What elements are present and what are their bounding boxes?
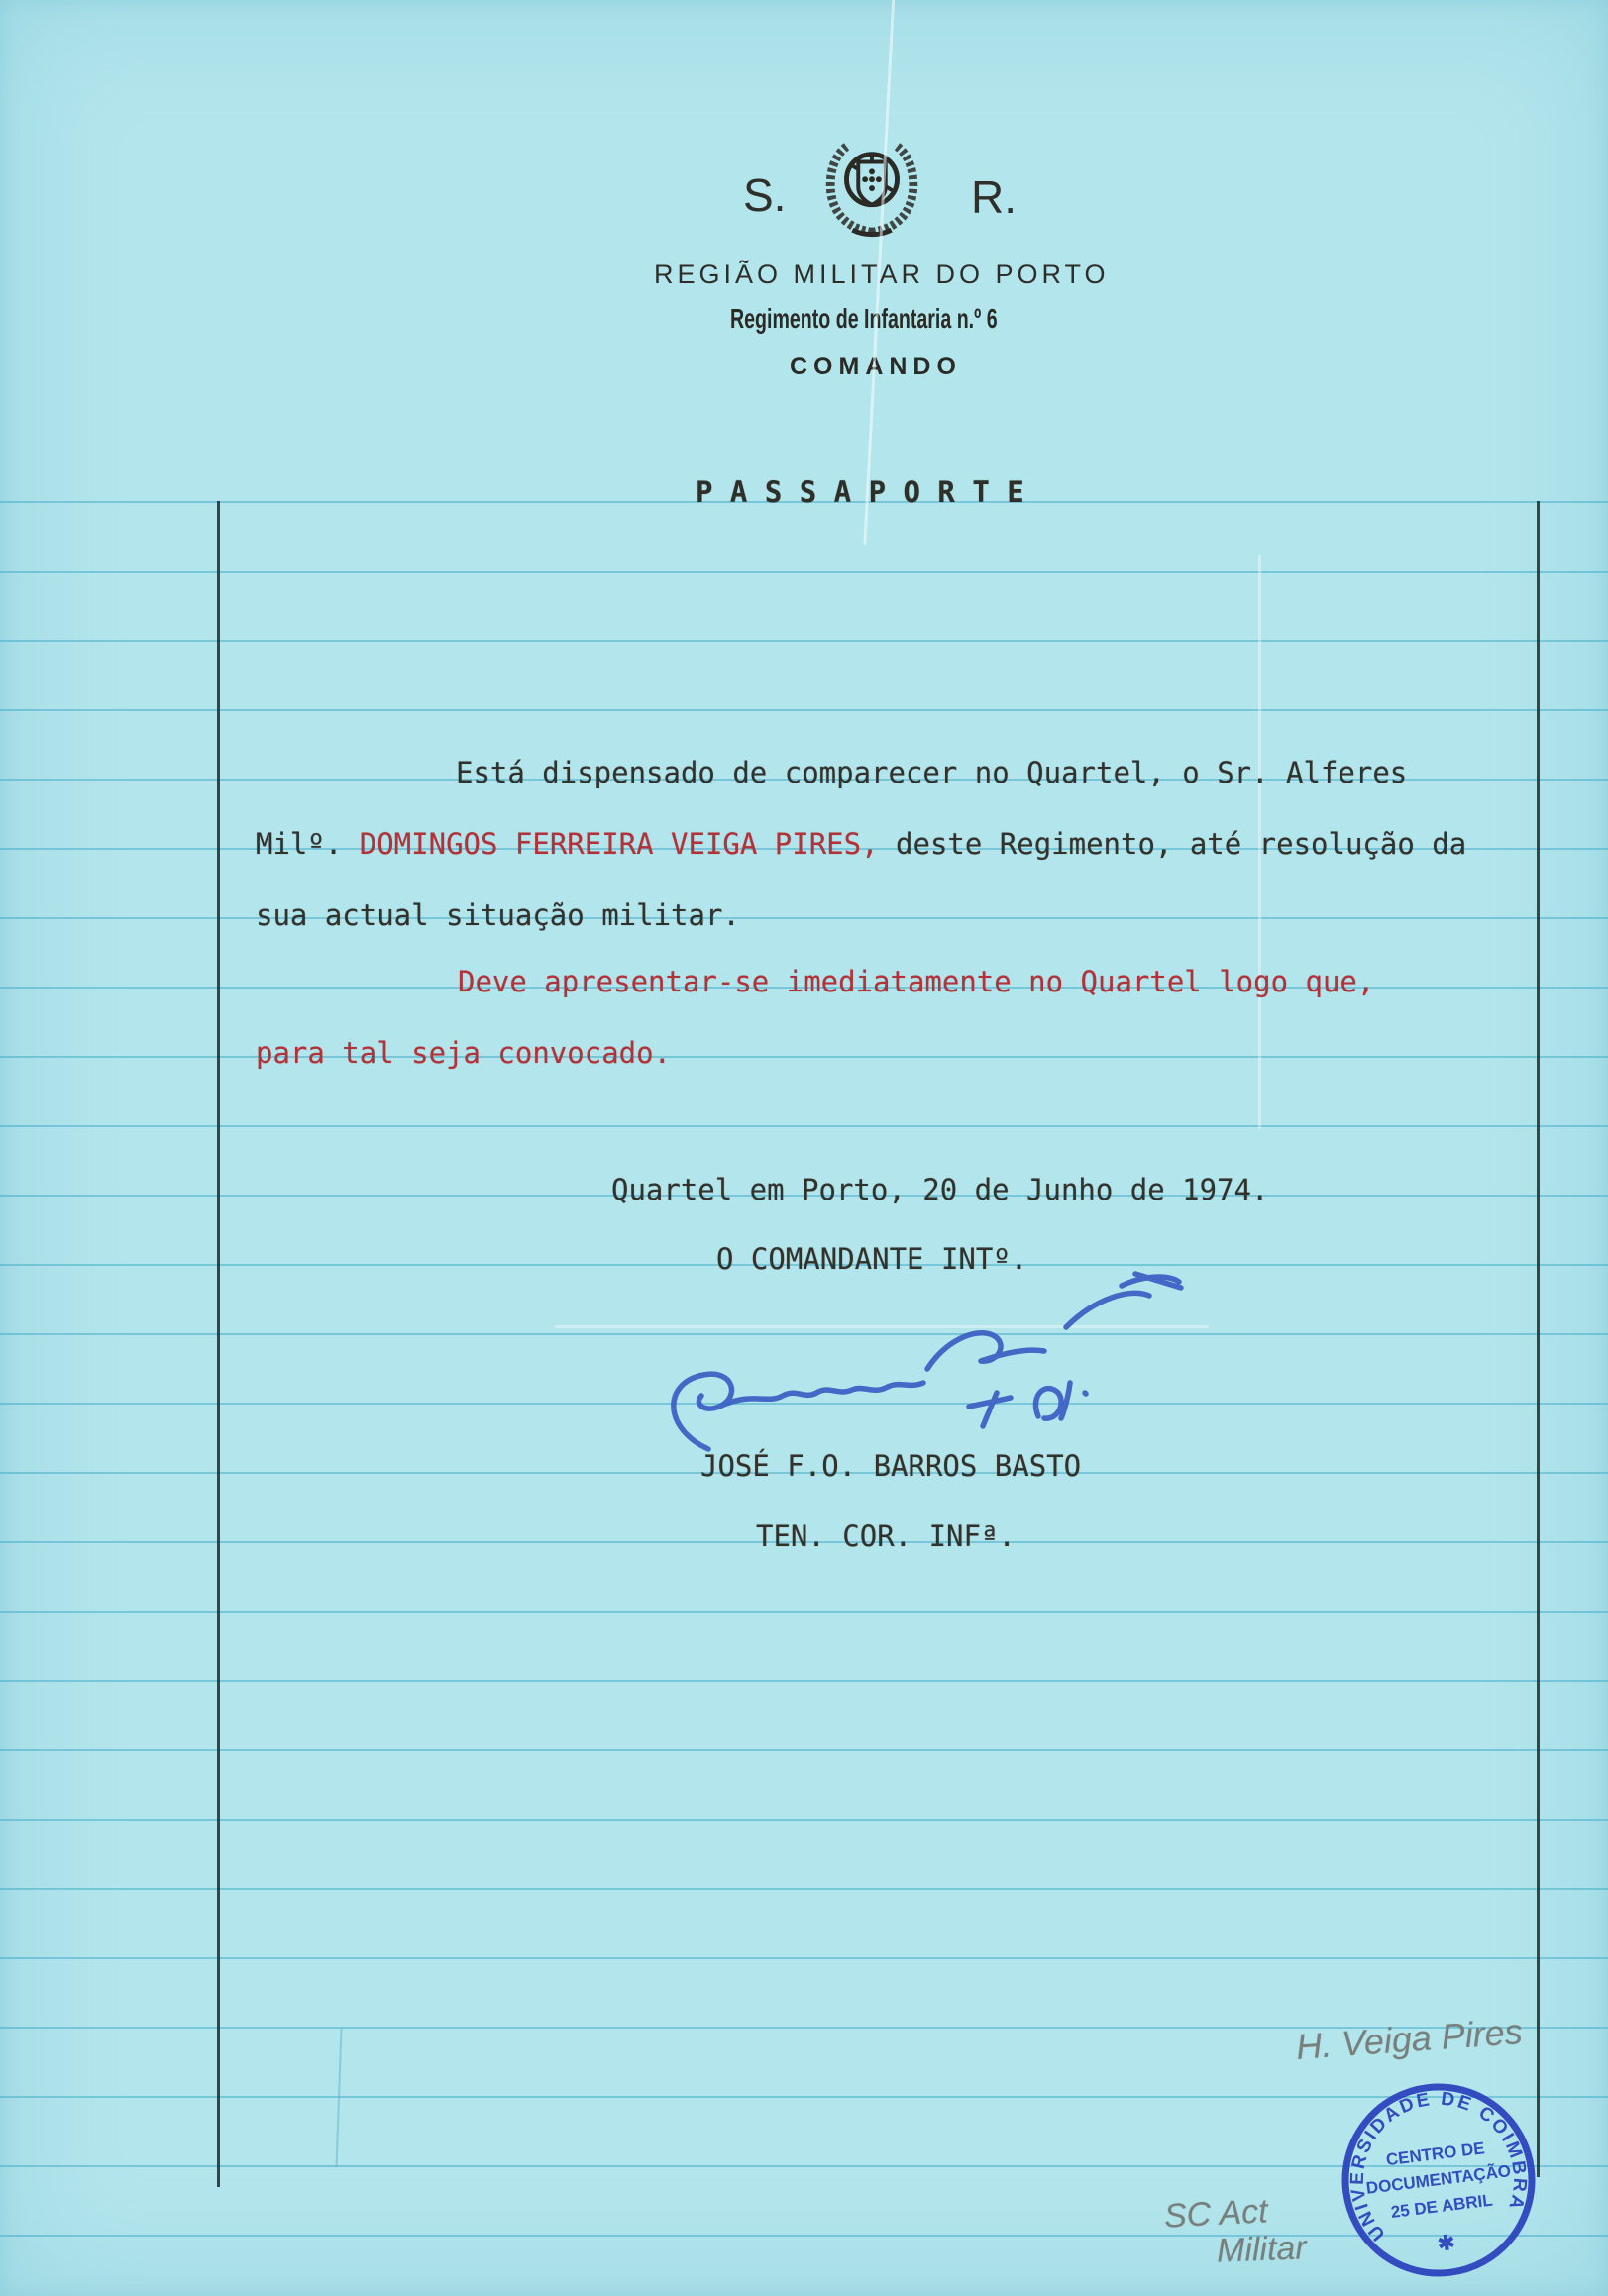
stamp-center-line3: 25 DE ABRIL: [1390, 2191, 1494, 2222]
body-line-4-red: Deve apresentar-se imediatamente no Quar…: [458, 968, 1374, 996]
body-line-2-prefix: Milº.: [256, 827, 360, 861]
header-regiment: Regimento de Infantaria n.º 6: [730, 303, 998, 335]
body-line-5-red: para tal seja convocado.: [256, 1039, 671, 1068]
pencil-note-line1: SC Act: [1163, 2192, 1268, 2236]
archive-stamp: UNIVERSIDADE DE COIMBRA CENTRO DE DOCUME…: [1335, 2076, 1543, 2284]
body-line-2-suffix: deste Regimento, até resolução da: [879, 827, 1467, 861]
header-military-region: REGIÃO MILITAR DO PORTO: [654, 260, 1110, 290]
coat-of-arms-emblem: [808, 137, 935, 242]
header-initial-r: R.: [971, 170, 1017, 224]
pencil-annotation-name: H. Veiga Pires: [1295, 2011, 1524, 2068]
margin-line-right: [1537, 501, 1540, 2177]
dispensed-officer-name: DOMINGOS FERREIRA VEIGA PIRES,: [360, 827, 879, 861]
stamp-star-icon: ✱: [1437, 2232, 1456, 2256]
stamp-center-line1: CENTRO DE: [1385, 2139, 1486, 2169]
margin-line-left: [217, 501, 220, 2187]
dateline: Quartel em Porto, 20 de Junho de 1974.: [611, 1176, 1268, 1204]
body-line-2: Milº. DOMINGOS FERREIRA VEIGA PIRES, des…: [256, 830, 1466, 859]
body-line-3: sua actual situação militar.: [256, 901, 740, 930]
body-line-1: Está dispensado de comparecer no Quartel…: [456, 759, 1407, 787]
signature-scrawl: [634, 1266, 1189, 1464]
document-page: S. R. REGIÃO MILITAR DO PORTO Regimento …: [0, 0, 1608, 2296]
header-initial-s: S.: [743, 168, 786, 222]
pencil-note-line2: Militar: [1216, 2229, 1307, 2270]
header-comando: COMANDO: [790, 353, 962, 381]
signatory-rank: TEN. COR. INFª.: [756, 1522, 1016, 1551]
ink-mark: [336, 2029, 343, 2167]
document-title: P A S S A P O R T E: [696, 478, 1024, 507]
